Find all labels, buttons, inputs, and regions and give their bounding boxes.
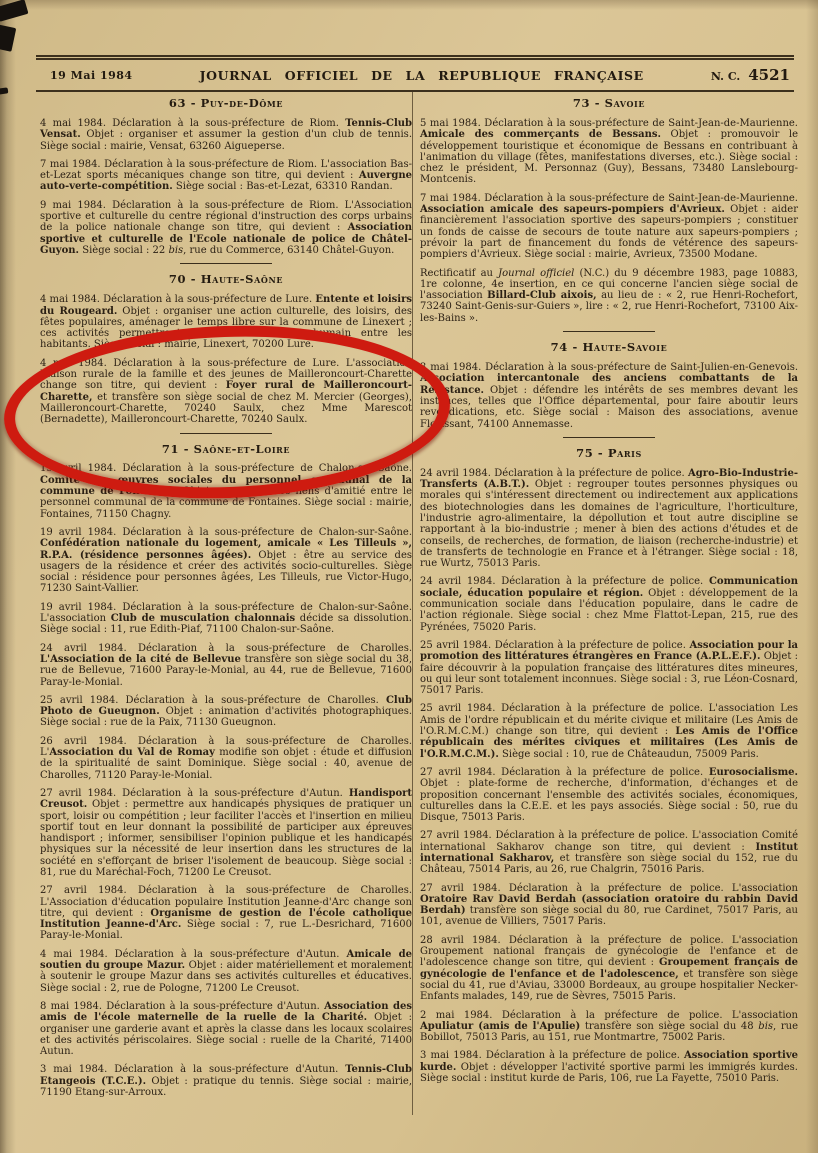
- entry-paragraph: 4 mai 1984. Déclaration à la sous-préfec…: [40, 118, 412, 152]
- entry-paragraph: 9 mai 1984. Déclaration à la sous-préfec…: [40, 200, 412, 256]
- entry-paragraph: 19 avril 1984. Déclaration à la sous-pré…: [40, 602, 412, 636]
- scan-artifact-mark: [0, 87, 8, 94]
- section-heading: 70 - Haute-Saône: [40, 273, 412, 286]
- section-heading: 63 - Puy-de-Dôme: [40, 97, 412, 110]
- entry-paragraph: Rectificatif au Journal officiel (N.C.) …: [420, 268, 798, 324]
- page-reference: N. C. 4521: [711, 66, 794, 84]
- entry-paragraph: 19 avril 1984. Déclaration à la sous-pré…: [40, 527, 412, 595]
- entry-paragraph: 27 avril 1984. Déclaration à la sous-pré…: [40, 885, 412, 941]
- journal-title: JOURNAL OFFICIEL DE LA REPUBLIQUE FRANÇA…: [200, 68, 644, 83]
- page-ref-label: N. C.: [711, 70, 740, 83]
- entry-paragraph: 2 mai 1984. Déclaration à la préfecture …: [420, 1010, 798, 1044]
- entry-paragraph: 25 avril 1984. Déclaration à la sous-pré…: [40, 695, 412, 729]
- entry-paragraph: 3 mai 1984. Déclaration à la sous-préfec…: [40, 1064, 412, 1098]
- column-divider-rule: [412, 92, 413, 1115]
- section-divider: [563, 437, 655, 438]
- section-heading: 73 - Savoie: [420, 97, 798, 110]
- entry-paragraph: 25 avril 1984. Déclaration à la préfectu…: [420, 703, 798, 759]
- section-heading: 74 - Haute-Savoie: [420, 341, 798, 354]
- header-date: 19 Mai 1984: [36, 69, 133, 82]
- page-number: 4521: [748, 66, 790, 84]
- entry-paragraph: 7 mai 1984. Déclaration à la sous-préfec…: [420, 193, 798, 261]
- entry-paragraph: 24 avril 1984. Déclaration à la préfectu…: [420, 576, 798, 632]
- left-column: 63 - Puy-de-Dôme4 mai 1984. Déclaration …: [40, 95, 412, 1105]
- entry-paragraph: 24 avril 1984. Déclaration à la préfectu…: [420, 468, 798, 570]
- entry-paragraph: 7 mai 1984. Déclaration à la sous-préfec…: [40, 159, 412, 193]
- entry-paragraph: 28 avril 1984. Déclaration à la préfectu…: [420, 935, 798, 1003]
- entry-paragraph: 25 avril 1984. Déclaration à la préfectu…: [420, 640, 798, 696]
- entry-paragraph: 24 avril 1984. Déclaration à la sous-pré…: [40, 643, 412, 688]
- journal-page-scan: 19 Mai 1984 JOURNAL OFFICIEL DE LA REPUB…: [0, 0, 818, 1153]
- entry-paragraph: 4 mai 1984. Déclaration à la sous-préfec…: [40, 949, 412, 994]
- section-heading: 75 - Paris: [420, 447, 798, 460]
- right-column: 73 - Savoie5 mai 1984. Déclaration à la …: [420, 95, 798, 1091]
- scan-artifact-mark: [0, 0, 28, 22]
- entry-paragraph: 27 avril 1984. Déclaration à la sous-pré…: [40, 788, 412, 878]
- entry-paragraph: 8 mai 1984. Déclaration à la sous-préfec…: [40, 1001, 412, 1057]
- section-divider: [180, 263, 272, 264]
- section-divider: [563, 331, 655, 332]
- entry-paragraph: 27 avril 1984. Déclaration à la préfectu…: [420, 883, 798, 928]
- scan-artifact-mark: [0, 24, 16, 52]
- entry-paragraph: 27 avril 1984. Déclaration à la préfectu…: [420, 767, 798, 823]
- entry-paragraph: 5 mai 1984. Déclaration à la sous-préfec…: [420, 118, 798, 186]
- entry-paragraph: 27 avril 1984. Déclaration à la préfectu…: [420, 830, 798, 875]
- entry-paragraph: 3 mai 1984. Déclaration à la sous-préfec…: [420, 362, 798, 430]
- page-header: 19 Mai 1984 JOURNAL OFFICIEL DE LA REPUB…: [36, 55, 794, 92]
- entry-paragraph: 26 avril 1984. Déclaration à la sous-pré…: [40, 736, 412, 781]
- entry-paragraph: 3 mai 1984. Déclaration à la préfecture …: [420, 1050, 798, 1084]
